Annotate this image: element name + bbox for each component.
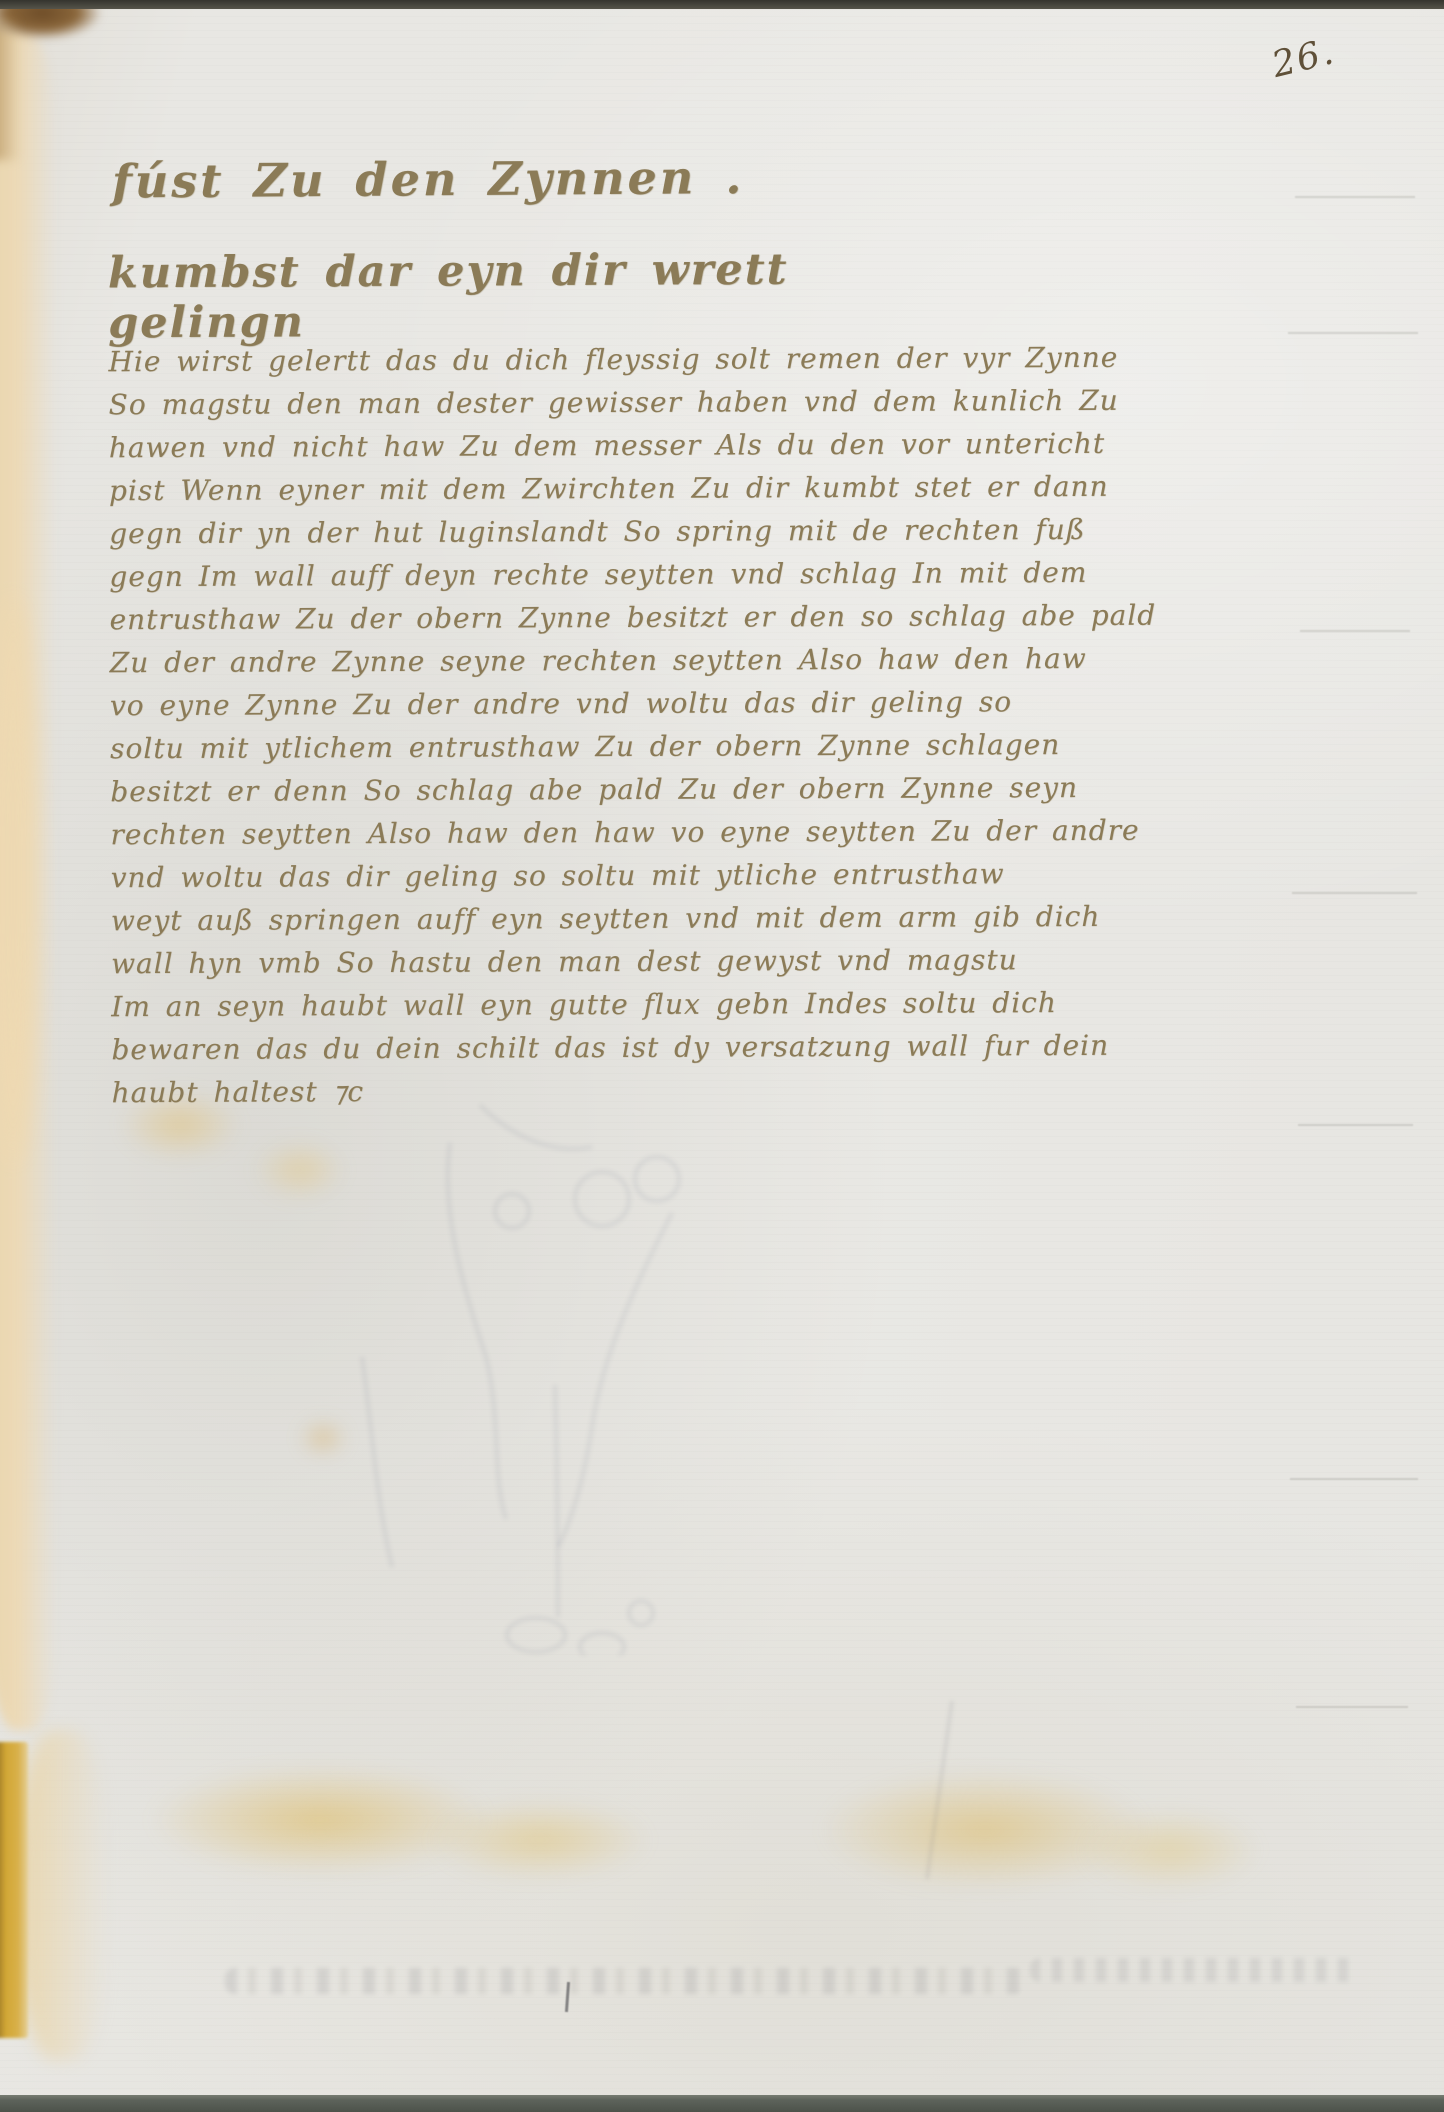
gloss-line: vo eyne Zynne Zu der andre vnd woltu das… — [110, 680, 1120, 727]
gloss-line: wall hyn vmb So hastu den man dest gewys… — [111, 938, 1121, 985]
gloss-line: gegn dir yn der hut luginslandt So sprin… — [109, 508, 1119, 555]
bleedthrough-drawing — [300, 1095, 720, 1655]
gloss-line: pist Wenn eyner mit dem Zwirchten Zu dir… — [109, 465, 1119, 512]
gloss-line: Im an seyn haubt wall eyn gutte flux geb… — [111, 981, 1121, 1028]
gloss-line: entrusthaw Zu der obern Zynne besitzt er… — [109, 594, 1119, 641]
chain-line-mark — [1298, 1124, 1413, 1126]
gloss-line: rechten seytten Also haw den haw vo eyne… — [110, 809, 1120, 856]
gloss-line: vnd woltu das dir geling so soltu mit yt… — [111, 852, 1121, 899]
gloss-line: haubt haltest ⁊c — [112, 1067, 1122, 1114]
gloss-line: weyt auß springen auff eyn seytten vnd m… — [111, 895, 1121, 942]
chain-line-mark — [1296, 1706, 1408, 1708]
verse-heading: kumbst dar eyn dir wrett gelingn — [108, 244, 1009, 349]
chain-line-mark — [1292, 892, 1417, 894]
chain-line-mark — [1295, 196, 1415, 198]
gloss-line: Zu der andre Zynne seyne rechten seytten… — [110, 637, 1120, 684]
gloss-line: So magstu den man dester gewisser haben … — [109, 379, 1119, 426]
scan-border-top — [0, 0, 1444, 9]
gloss-line: gegn Im wall auff deyn rechte seytten vn… — [109, 551, 1119, 598]
manuscript-scan: 26. fúst Zu den Zynnen . kumbst dar eyn … — [0, 0, 1444, 2112]
showthrough-text-band — [1030, 1958, 1360, 1982]
chain-line-mark — [1288, 332, 1418, 334]
gloss-line: soltu mit ytlichem entrusthaw Zu der obe… — [110, 723, 1120, 770]
showthrough-text-band — [225, 1968, 1025, 1994]
chain-line-mark — [1290, 1478, 1418, 1480]
gloss-line: Hie wirst gelertt das du dich fleyssig s… — [108, 336, 1118, 383]
gloss-line: besitzt er denn So schlag abe pald Zu de… — [110, 766, 1120, 813]
gloss-line: bewaren das du dein schilt das ist dy ve… — [111, 1024, 1121, 1071]
chain-line-mark — [1300, 630, 1410, 632]
gloss-line: hawen vnd nicht haw Zu dem messer Als du… — [109, 422, 1119, 469]
scan-border-bottom — [0, 2095, 1444, 2112]
chapter-heading: fúst Zu den Zynnen . — [112, 150, 812, 209]
gloss-paragraph: Hie wirst gelertt das du dich fleyssig s… — [108, 336, 1121, 1114]
